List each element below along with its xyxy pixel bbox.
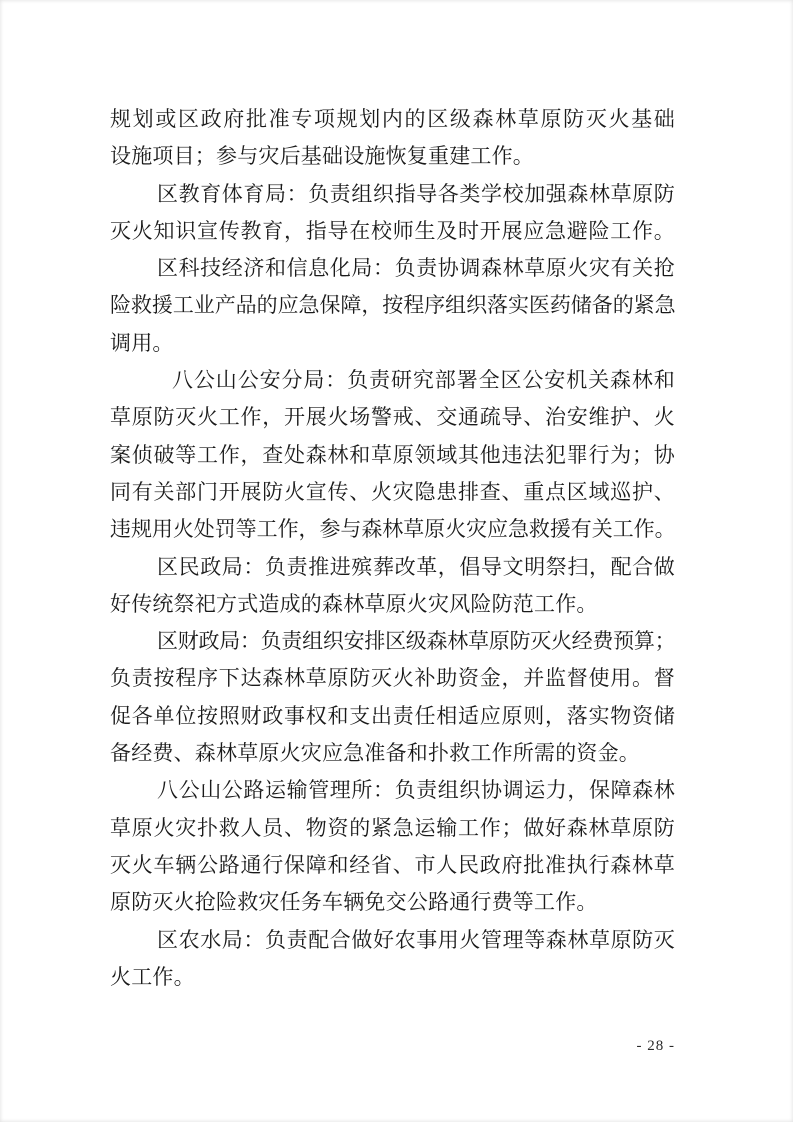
text-line: 规划或区政府批准专项规划内的区级森林草原防灭火基础 (110, 101, 675, 138)
paragraph-agriculture-water-bureau: 区农水局：负责配合做好农事用火管理等森林草原防灭 火工作。 (110, 922, 675, 997)
text-line: 促各单位按照财政事权和支出责任相适应原则，落实物资储 (110, 698, 675, 735)
text-line: 负责按程序下达森林草原防灭火补助资金，并监督使用。督 (110, 660, 675, 697)
text-line: 火工作。 (110, 959, 675, 996)
text-line: 原防灭火抢险救灾任务车辆免交公路通行费等工作。 (110, 884, 675, 921)
text-line: 备经费、森林草原火灾应急准备和扑救工作所需的资金。 (110, 735, 675, 772)
text-line: 好传统祭祀方式造成的森林草原火灾风险防范工作。 (110, 586, 675, 623)
paragraph-planning-continuation: 规划或区政府批准专项规划内的区级森林草原防灭火基础 设施项目；参与灾后基础设施恢… (110, 101, 675, 176)
text-line: 八公山公安分局：负责研究部署全区公安机关森林和 (110, 362, 675, 399)
text-line: 同有关部门开展防火宣传、火灾隐患排查、重点区域巡护、 (110, 474, 675, 511)
text-line: 草原防灭火工作，开展火场警戒、交通疏导、治安维护、火 (110, 399, 675, 436)
text-line: 险救援工业产品的应急保障，按程序组织落实医药储备的紧急 (110, 287, 675, 324)
paragraph-education-sports-bureau: 区教育体育局：负责组织指导各类学校加强森林草原防 灭火知识宣传教育，指导在校师生… (110, 176, 675, 251)
paragraph-finance-bureau: 区财政局：负责组织安排区级森林草原防灭火经费预算； 负责按程序下达森林草原防灭火… (110, 623, 675, 772)
text-line: 区教育体育局：负责组织指导各类学校加强森林草原防 (110, 176, 675, 213)
text-line: 灭火车辆公路通行保障和经省、市人民政府批准执行森林草 (110, 847, 675, 884)
text-line: 案侦破等工作，查处森林和草原领域其他违法犯罪行为；协 (110, 437, 675, 474)
paragraph-road-transport-office: 八公山公路运输管理所：负责组织协调运力，保障森林 草原火灾扑救人员、物资的紧急运… (110, 772, 675, 921)
text-line: 区农水局：负责配合做好农事用火管理等森林草原防灭 (110, 922, 675, 959)
text-line: 八公山公路运输管理所：负责组织协调运力，保障森林 (110, 772, 675, 809)
text-line: 设施项目；参与灾后基础设施恢复重建工作。 (110, 138, 675, 175)
paragraph-science-tech-information-bureau: 区科技经济和信息化局：负责协调森林草原火灾有关抢 险救援工业产品的应急保障，按程… (110, 250, 675, 362)
text-block: 规划或区政府批准专项规划内的区级森林草原防灭火基础 设施项目；参与灾后基础设施恢… (110, 101, 675, 996)
text-line: 区民政局：负责推进殡葬改革，倡导文明祭扫，配合做 (110, 549, 675, 586)
text-line: 区财政局：负责组织安排区级森林草原防灭火经费预算； (110, 623, 675, 660)
page-number: - 28 - (110, 1038, 675, 1055)
document-page: 规划或区政府批准专项规划内的区级森林草原防灭火基础 设施项目；参与灾后基础设施恢… (0, 0, 793, 1122)
text-line: 草原火灾扑救人员、物资的紧急运输工作；做好森林草原防 (110, 810, 675, 847)
paragraph-civil-affairs-bureau: 区民政局：负责推进殡葬改革，倡导文明祭扫，配合做 好传统祭祀方式造成的森林草原火… (110, 549, 675, 624)
text-line: 灭火知识宣传教育，指导在校师生及时开展应急避险工作。 (110, 213, 675, 250)
text-line: 区科技经济和信息化局：负责协调森林草原火灾有关抢 (110, 250, 675, 287)
text-line: 调用。 (110, 325, 675, 362)
text-line: 违规用火处罚等工作，参与森林草原火灾应急救援有关工作。 (110, 511, 675, 548)
paragraph-public-security-branch: 八公山公安分局：负责研究部署全区公安机关森林和 草原防灭火工作，开展火场警戒、交… (110, 362, 675, 548)
